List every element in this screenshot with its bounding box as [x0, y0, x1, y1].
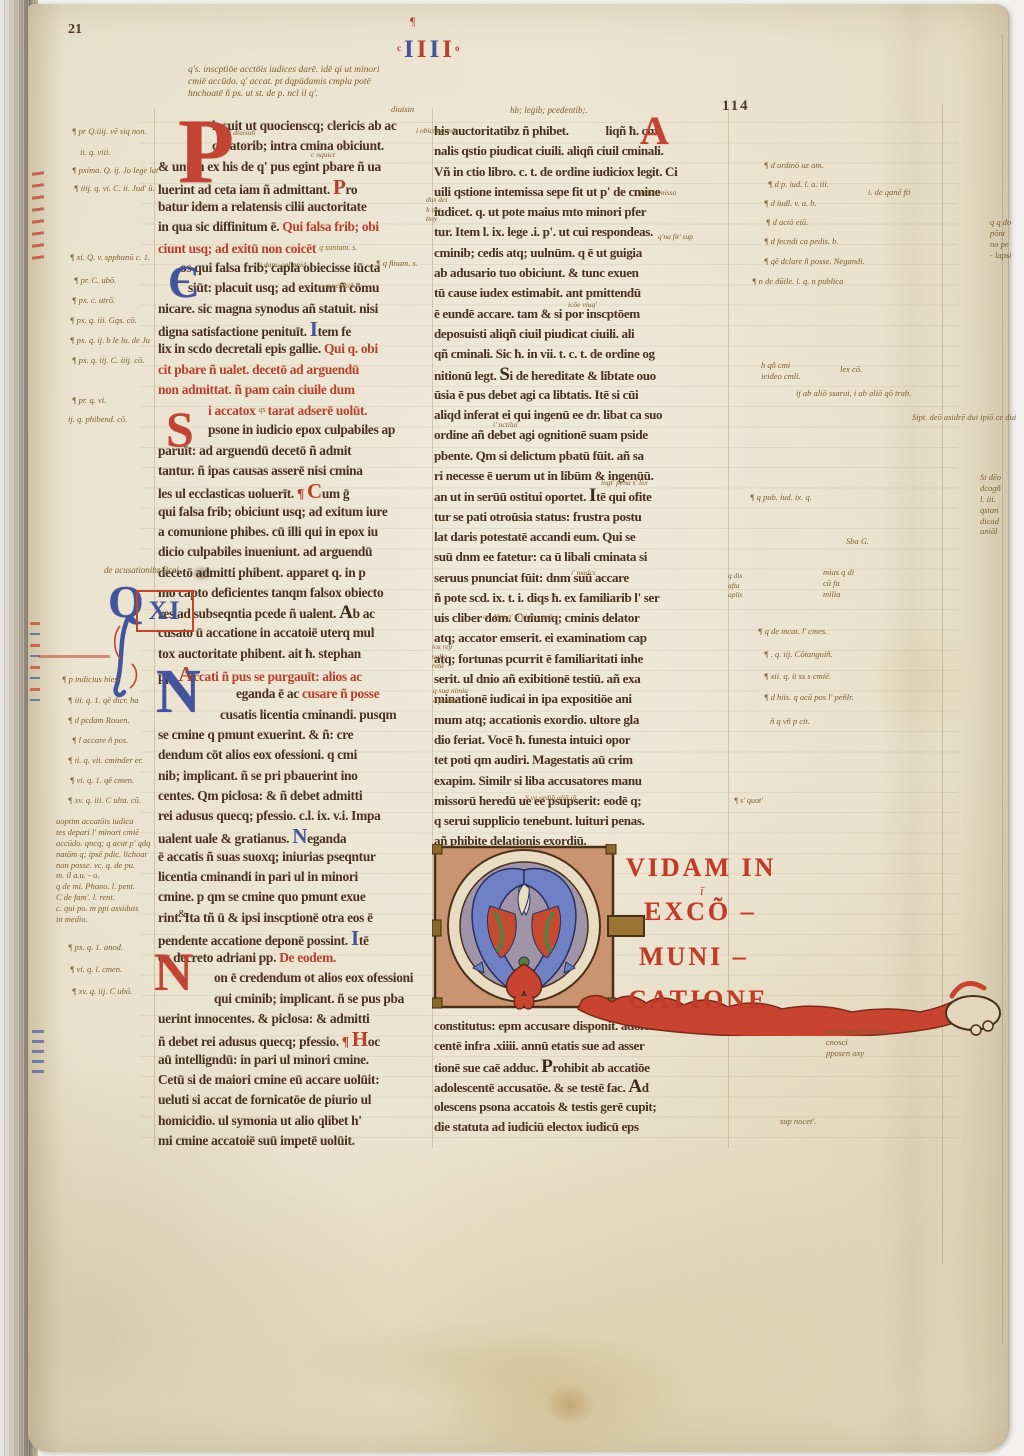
text-segment: qui cminib; implicant. ñ se pus pba	[214, 991, 404, 1006]
text-segment: ueluti si accat de fornicatōe de piurio …	[158, 1092, 371, 1107]
text-segment: q suniam. s.	[319, 243, 357, 252]
text-segment: Vñ in ctio libro. c. t. de ordine iudici…	[434, 164, 677, 179]
text-segment: tarat adserē uolūt.	[268, 403, 368, 418]
text-segment: digna satisfactione penituīt.	[158, 324, 310, 339]
text-line: ciunt usq; ad exitū non coicēt q suniam.…	[158, 238, 440, 258]
text-line: les ul ecclasticas uoluerīt. ¶ Cum ḡ	[158, 481, 440, 501]
margin-note: ¶ d hiis. q acū pos l' peñlr.	[764, 692, 854, 703]
text-line: ñ debet rei adusus quecq; pfessio. ¶ Hoc	[158, 1029, 440, 1049]
margin-note: diuisin	[391, 104, 414, 115]
text-segment: adolescentē accusatōe. & se testē fac.	[434, 1080, 628, 1095]
text-segment: ro	[346, 182, 358, 197]
text-line: qñ cminali. Sic ħ. in vii. t. c. t. de o…	[434, 344, 734, 364]
margin-note: ¶ d actō eiū.	[766, 217, 808, 228]
margin-note: ¶ d ordinō uz am.	[764, 160, 824, 171]
margin-note: ¶ q finam. s.	[376, 258, 418, 269]
text-segment: ūsia ē pus debet agi ca libtatis. Itē si…	[434, 387, 638, 402]
margin-note: de acusationibz Rcai	[104, 565, 179, 577]
text-segment: cminib; cedis atq; uulnūm. q ē ut guigia	[434, 245, 642, 260]
text-segment: ñ pote scd. ix. t. i. diqs ħ. ex familia…	[434, 590, 659, 605]
text-segment: on ē credendum ot alios eox ofessioni	[214, 970, 413, 985]
margin-note: ¶ xii. q. ii ss s cmiē.	[764, 671, 831, 682]
margin-note: ¶ l accare ñ pos.	[72, 735, 128, 746]
margin-note: ¶ pr. q. vi.	[72, 395, 106, 406]
numeral-flourish: o	[454, 43, 462, 53]
text-line: decetō admitti phibent. apparet q. in p	[158, 563, 440, 583]
margin-note: ¶ xi. Q. v. spphanū c. 1.	[70, 252, 150, 263]
drop-cap-initial: P	[178, 112, 234, 190]
text-line: ūsia ē pus debet agi ca libtatis. Itē si…	[434, 385, 734, 405]
margin-note: S ve ordiñ aliā iō.	[525, 793, 578, 803]
margin-note: Sipt. deō asidrē dui ipiō ce dui	[912, 412, 1024, 423]
right-text-column: his auctoritatibz ñ phibet. liqñ ħ. cmin…	[434, 121, 734, 852]
text-line: cit pbare ñ ualet. decetō ad arguendū	[158, 360, 440, 380]
margin-note: q q do pōnt no pe - lapsi	[990, 217, 1024, 261]
margin-note: i. de qanē fti	[868, 187, 911, 198]
margin-note: ¶ d iudl. v. a. b.	[764, 198, 817, 209]
text-segment: tionē sue caē adduc.	[434, 1060, 541, 1075]
text-segment: De eodem.	[279, 950, 336, 965]
text-segment: ñ debet rei adusus quecq; pfessio.	[158, 1034, 342, 1049]
text-line: centes. Qm piclosa: & ñ debet admitti	[158, 786, 440, 806]
edge-red-marks	[32, 171, 44, 268]
text-segment: tur se pati otroūsia status: frustra pos…	[434, 509, 641, 524]
text-segment: nib; implicant. ñ se pri pbauerint ino	[158, 768, 358, 783]
text-line: centē infra .xiiii. annū etatis sue ad a…	[434, 1036, 734, 1056]
text-line: adolescentē accusatōe. & se testē fac. A…	[434, 1077, 734, 1097]
text-line: uis cliber dom. Cuiumq; cminis delator	[434, 608, 734, 628]
margin-note: h qñ cmi ieideo cmli.	[761, 360, 836, 382]
drop-cap-initial: A	[640, 114, 669, 148]
text-line: tantur. ñ ipas causas asserē nisi cmina	[158, 461, 440, 481]
margin-note: ¶ px. q. ij. b le lu. de Ju	[70, 335, 150, 346]
text-line: suū dnm ee fatetur: ca ū libali cminata …	[434, 547, 734, 567]
margin-note: ¶ d fecndi ca pedis. b.	[764, 236, 839, 247]
text-segment: Qui falsa frib; obi	[282, 219, 379, 234]
text-segment: psone in iudicio epox culpabiles ap	[208, 422, 395, 437]
text-segment: lat daris potestatē accandi eum. Qui se	[434, 529, 635, 544]
numeral-letter: I	[403, 36, 416, 63]
numeral-letter: I	[441, 36, 454, 63]
text-segment: um ḡ	[322, 486, 349, 501]
text-segment: ordine añ debet agi ognitionē suam pside	[434, 427, 648, 442]
text-line: ex decreto adriani pp. De eodem.	[158, 948, 440, 968]
margin-note: ñ q vñ p cit.	[770, 716, 810, 727]
text-segment: aliqd inferat ei qui ingenū ee dr. libat…	[434, 407, 662, 422]
text-line: in qua sic diffinitum ē. Qui falsa frib;…	[158, 217, 440, 237]
text-segment: in qua sic diffinitum ē.	[158, 219, 282, 234]
text-line: qui falsa frib; obiciunt usq; ad exitum …	[158, 502, 440, 522]
text-line: nalis qstio piudicat ciuili. aliqñ ciuil…	[434, 141, 734, 161]
margin-note: ¶ xv. q. iii. C ulta. cū.	[68, 795, 141, 806]
text-segment: P	[333, 175, 346, 199]
text-line: cmine. p qm se cmine quo pmunt exue	[158, 887, 440, 907]
margin-note: i t'ta omissa	[640, 188, 676, 198]
text-segment: Cetū si de maiori cmine eū accare uolūit…	[158, 1072, 379, 1087]
text-line: tionē sue caē adduc. Prohibit ab accatiō…	[434, 1057, 734, 1077]
quaestio-number: XI	[149, 596, 182, 626]
text-line: qui cminib; implicant. ñ se pus pba	[158, 989, 440, 1009]
text-line: pbente. Qm si delictum pbatū fūit. añ sa	[434, 446, 734, 466]
text-line: siūt: placuit usq; ad exitum ñ cōmu	[158, 278, 440, 298]
margin-note: ¶ p indicius hies.	[62, 674, 120, 685]
text-segment: oc	[368, 1034, 380, 1049]
text-segment: decetō admitti phibent. apparet q. in p	[158, 565, 366, 580]
text-segment: a comunione phibes. cū illi qui in epox …	[158, 524, 378, 539]
text-segment: dicio culpabiles inueniunt. ad arguendū	[158, 544, 372, 559]
text-segment: uerint innocentes. & piclosa: & admitti	[158, 1011, 369, 1026]
margin-note: ¶ s' quot'	[734, 796, 763, 806]
text-line: mo capto deficientes tanqm falsox obiect…	[158, 583, 440, 603]
text-line: dendum cōt alios eox ofessioni. q cmi	[158, 745, 440, 765]
margin-note: ¶ pr Q.iiij. vē siq non.	[72, 126, 147, 137]
text-line: ab adusario tuo obiciunt. & tunc exuen	[434, 263, 734, 283]
edge-blue-marks	[32, 1030, 44, 1076]
text-segment: olescens psona accatois & testis gerē cu…	[434, 1099, 656, 1114]
text-line: rint. Ita tñ ū & ipsi inscptionē otra eo…	[158, 908, 440, 928]
margin-note: q' diuisuñ	[226, 128, 255, 138]
text-line: dio feriat. Vocē ħ. funesta intuici opor	[434, 730, 734, 750]
text-line: nitionū legt. Si de hereditate & libtate…	[434, 365, 734, 385]
text-segment: nitionū legt.	[434, 368, 499, 383]
text-segment: ¶	[342, 1034, 352, 1049]
text-line: tet poti qm audiri. Magestatis aū crim	[434, 750, 734, 770]
margin-note: ioz rep uello retā	[432, 642, 487, 671]
margin-note: q dis afta aplis	[728, 571, 783, 600]
text-line: olescens psona accatois & testis gerē cu…	[434, 1097, 734, 1117]
text-segment: ¶	[297, 486, 307, 501]
text-segment: N	[292, 824, 307, 848]
text-segment: ab adusario tuo obiciunt. & tunc exuen	[434, 265, 639, 280]
margin-note: icōe viuq'	[568, 300, 597, 310]
text-segment: nalis qstio piudicat ciuili. aliqñ ciuil…	[434, 143, 664, 158]
margin-note: q sua nimia e psolut'	[433, 686, 503, 705]
parchment-stain	[545, 1385, 595, 1425]
text-segment: tet poti qm audiri. Magestatis aū crim	[434, 752, 633, 767]
text-segment: i accatox	[208, 403, 259, 418]
text-line: res ad subseqntia pcede ñ ualent. Ab ac	[158, 603, 440, 623]
margin-note: i' madcs	[571, 568, 596, 578]
text-line: digna satisfactione penituīt. Item fe	[158, 319, 440, 339]
text-segment: rei adusus quecq; pfessio. c.l. ix. v.i.…	[158, 808, 380, 823]
manuscript-page: 21 114 cIIIIo ¶ lacuit ut quocienscq; cl…	[28, 4, 1009, 1452]
margin-note: ¶ n de dūile. l. q. n publica	[752, 276, 843, 287]
display-heading-line: CATIONE	[628, 985, 768, 1015]
margin-note: uoptim accatōis iudica tes depari l' min…	[56, 816, 191, 925]
margin-note: ¶ iii. q. 1. qē dicr. ha	[68, 695, 139, 706]
text-line: ueluti si accat de fornicatōe de piurio …	[158, 1090, 440, 1110]
text-line: pendente accatione deponē possint. Itē	[158, 928, 440, 948]
text-line: nicare. sic magna synodus añ statuit. ni…	[158, 299, 440, 319]
margin-note: ij ab aliō ssarui, i ab aliō qō trab.	[796, 388, 1024, 399]
margin-note: ¶ q de mcat. l' cmes.	[758, 626, 827, 637]
text-line: uili qstione intemissa sepe fit ut p' de…	[434, 182, 734, 202]
numeral-flourish: c	[396, 43, 403, 53]
text-segment: i de hereditate & libtate ouo	[510, 368, 656, 383]
text-line: homicidio. ul symonia ut alio qlibet h'	[158, 1111, 440, 1131]
text-segment: deposuisti aliqñ ciuil piudicat ciuili. …	[434, 326, 634, 341]
text-line: die statuta ad iudiciū electox iudicū ep…	[434, 1117, 734, 1137]
text-segment: se cmine q pmunt exuerint. & ñ: cre	[158, 727, 353, 742]
text-line: Vñ in ctio libro. c. t. de ordine iudici…	[434, 162, 734, 182]
text-line: licentia cminandi in pari ul in minori	[158, 867, 440, 887]
text-line: q serui supplicio tenebunt. luituri pena…	[434, 811, 734, 831]
text-segment: tur. Item l. ix. lege .i. p'. ut cui res…	[434, 224, 653, 239]
margin-note: ī	[700, 883, 704, 900]
parchment-stain	[300, 1320, 600, 1400]
parchment-stain	[430, 1330, 690, 1456]
text-segment: dio feriat. Vocē ħ. funesta intuici opor	[434, 732, 630, 747]
text-line: iudicet. q. ut pote maius mto minori pfe…	[434, 202, 734, 222]
margin-note: ¶ . q. iij. Cōtanguiñ.	[764, 649, 833, 660]
text-line: ri necesse ē uerum ut in libūm & ingenūū…	[434, 466, 734, 486]
margin-note: ingt' pena s' lex	[601, 478, 648, 488]
drop-cap-initial: S	[166, 408, 194, 451]
text-segment: aū intelligndū: in pari ul minori cmine.	[158, 1052, 369, 1067]
text-segment: exapim. Similr si liba accusatores manu	[434, 773, 642, 788]
text-line: exapim. Similr si liba accusatores manu	[434, 771, 734, 791]
text-segment: cusare ñ posse	[302, 686, 379, 701]
text-segment: Qui q. obi	[324, 341, 378, 356]
text-segment: S	[499, 364, 509, 385]
text-line: ē accatis ñ suas suoxq; iniurias pseqntu…	[158, 847, 440, 867]
text-segment: mum atq; accationis exordio. ultore gla	[434, 712, 639, 727]
margin-note: ¶ iiij. q. vi. C. ii. Jud' ū.	[74, 183, 155, 194]
text-line: dicio culpabiles inueniunt. ad arguendū	[158, 542, 440, 562]
text-line: cminib; cedis atq; uulnūm. q ē ut guigia	[434, 243, 734, 263]
display-heading-line: EXCÕ –	[644, 897, 757, 927]
text-line: Cetū si de maiori cmine eū accare uolūit…	[158, 1070, 440, 1090]
margin-note: ¶ d p. iud. l. a. iii.	[768, 179, 829, 190]
text-segment: pbente. Qm si delictum pbatū fūit. añ sa	[434, 448, 644, 463]
text-line: nib; implicant. ñ se pri pbauerint ino	[158, 766, 440, 786]
text-segment: b ac	[353, 606, 375, 621]
text-line: tur se pati otroūsia status: frustra pos…	[434, 507, 734, 527]
text-line: his auctoritatibz ñ phibet. liqñ ħ. cmi	[434, 121, 734, 141]
text-line: rei adusus quecq; pfessio. c.l. ix. v.i.…	[158, 806, 440, 826]
text-segment: an ut in serūū ostitui oportet.	[434, 489, 589, 504]
numeral-letter: I	[428, 36, 441, 63]
margin-note: ¶ px. c. utrō.	[72, 295, 115, 306]
text-line: cusato ū accatione in accatoiē uterq mul	[158, 623, 440, 643]
text-segment: C	[307, 479, 322, 503]
text-segment: P	[541, 1056, 552, 1077]
text-segment: A	[339, 602, 352, 623]
text-segment: centē infra .xiiii. annū etatis sue ad a…	[434, 1038, 644, 1053]
text-segment: eganda ē ac	[236, 686, 302, 701]
drop-cap-initial: N	[154, 950, 193, 996]
margin-note: ¶ qē dclare ñ posse. Negandi.	[764, 256, 865, 267]
text-line: psone in iudicio epox culpabiles ap	[158, 420, 440, 440]
text-segment: q serui supplicio tenebunt. luituri pena…	[434, 813, 645, 828]
text-line: lat daris potestatē accandi eum. Qui se	[434, 527, 734, 547]
display-heading-line: MUNI –	[639, 942, 749, 972]
text-segment: centes. Qm piclosa: & ñ debet admitti	[158, 788, 362, 803]
text-line: i accatox qs tarat adserē uolūt.	[158, 400, 440, 420]
margin-note: Sba G.	[846, 536, 869, 547]
margin-note: &.	[178, 907, 189, 921]
margin-note: i dam; calipnid	[260, 260, 306, 270]
text-segment: serit. ul dnio añ exibitionē testiū. añ …	[434, 671, 640, 686]
text-line: mum atq; accationis exordio. ultore gla	[434, 710, 734, 730]
text-segment: rohibit ab accatiōe	[553, 1060, 650, 1075]
text-segment: H	[352, 1027, 368, 1051]
text-segment: non admittat. ñ pam cain ciuile dum	[158, 382, 355, 397]
left-text-column: lacuit ut quocienscq; clericis ab accusa…	[158, 116, 440, 1151]
margin-note: sup nocet'.	[780, 1116, 816, 1127]
quaestio-q-tail	[112, 618, 142, 698]
drop-cap-initial: N	[156, 666, 201, 719]
text-segment: I	[351, 926, 359, 950]
text-segment: suū dnm ee fatetur: ca ū libali cminata …	[434, 549, 647, 564]
parchment-warp-shading	[878, 4, 948, 1452]
margin-note: ¶ xv. q. iij. C ubō.	[72, 986, 132, 997]
text-line: an ut in serūū ostitui oportet. Itē qui …	[434, 486, 734, 506]
text-segment: qs	[259, 405, 268, 414]
margin-note: q nelchiñ	[326, 281, 354, 291]
margin-note: ¶ ii. q. vii. cminder er.	[68, 755, 143, 766]
margin-note: ¶ px. q. iii. Gqs. cō.	[70, 315, 137, 326]
text-segment: qñ cminali. Sic ħ. in vii. t. c. t. de o…	[434, 346, 655, 361]
text-line: ñ pote scd. ix. t. i. diqs ħ. ex familia…	[434, 588, 734, 608]
text-segment: ciunt usq; ad exitū non coicēt	[158, 241, 319, 256]
margin-note: ¶ px. q. iij. C. iiij. cō.	[72, 355, 144, 366]
text-segment: cusatis licentia cminandi. pusqm	[220, 707, 396, 722]
text-segment: tantur. ñ ipas causas asserē nisi cmina	[158, 463, 363, 478]
text-segment: cit pbare ñ ualet. decetō ad arguendū	[158, 362, 359, 377]
text-segment: tē	[359, 933, 369, 948]
folio-number-top-right: 114	[722, 98, 750, 115]
text-segment: tē qui ofite	[596, 489, 651, 504]
text-line: se cmine q pmunt exuerint. & ñ: cre	[158, 725, 440, 745]
text-segment: lix in scdo decretali epis gallie.	[158, 341, 324, 356]
text-line: missorū heredū ue ee psupserit: eodē q;	[434, 791, 734, 811]
text-segment: cusatorib; intra cmina obiciunt.	[212, 138, 384, 153]
edge-red-blue-marks	[30, 622, 40, 707]
text-line: non admittat. ñ pam cain ciuile dum	[158, 380, 440, 400]
numeral-letter: I	[416, 36, 429, 63]
margin-note: dus dei h oss ttoy	[426, 195, 476, 224]
text-line: deposuisti aliqñ ciuil piudicat ciuili. …	[434, 324, 734, 344]
text-segment: homicidio. ul symonia ut alio qlibet h'	[158, 1113, 362, 1128]
text-segment: A	[628, 1076, 641, 1097]
text-segment: d	[642, 1080, 649, 1095]
margin-note: ¶ vi. q. 1. qē cmen.	[70, 775, 134, 786]
quaestio-number-box: XI	[136, 590, 194, 632]
margin-note: q's. inscptiōe acctōis iudices darē. idē…	[188, 64, 518, 100]
margin-note: ¶ vi. q. l. cmen.	[70, 964, 122, 975]
folio-number-top-left: 21	[68, 22, 82, 38]
margin-note: i obict agonū	[416, 126, 456, 136]
margin-note: ¶ px. q. 1. anod.	[68, 942, 123, 953]
text-line: mi cmine accatoiē suū impetē uolūit.	[158, 1131, 440, 1151]
text-segment: mi cmine accatoiē suū impetē uolūit.	[158, 1133, 355, 1148]
text-line: aū intelligndū: in pari ul minori cmine.	[158, 1050, 440, 1070]
margin-note: Si dēo dcogñ l. iii. qstan dicad uniāl	[980, 472, 1024, 537]
text-segment: qui falsa frib; obiciunt usq; ad exitum …	[158, 504, 387, 519]
text-segment: dendum cōt alios eox ofessioni. q cmi	[158, 747, 357, 762]
marginal-red-line	[38, 655, 110, 658]
text-segment: I	[310, 317, 318, 341]
margin-note: ii. q. viii.	[80, 147, 110, 158]
margin-note: ad pbandū sua inte cnosci pposen oxy	[826, 1026, 966, 1059]
margin-note: ij. q. phibend. cō.	[68, 414, 127, 425]
display-heading-line: VIDAM IN	[626, 853, 776, 883]
margin-note: ot' dñm q' si uidco. peñ.	[483, 612, 554, 622]
quire-paraph-icon: ¶	[410, 14, 415, 29]
text-segment: les ul ecclasticas uoluerīt.	[158, 486, 297, 501]
margin-note: ¶ pr. C. ubō.	[74, 275, 116, 286]
text-line: on ē credendum ot alios eox ofessioni	[158, 968, 440, 988]
text-segment: ccati ñ pus se purgauīt: alios ac	[193, 669, 362, 684]
text-segment: ē eundē accare. tam & si por inscptōem	[434, 306, 640, 321]
margin-note: ¶ pxima. Q. ij. Jo lege lat'	[72, 165, 160, 176]
margin-note: c nquict	[311, 150, 335, 160]
text-line: uerint innocentes. & piclosa: & admitti	[158, 1009, 440, 1029]
text-line: a comunione phibes. cū illi qui in epox …	[158, 522, 440, 542]
text-line: lix in scdo decretali epis gallie. Qui q…	[158, 339, 440, 359]
margin-note: ¶ q pub. iud. ix. q.	[750, 492, 812, 503]
text-segment: die statuta ad iudiciū electox iudicū ep…	[434, 1119, 639, 1134]
margin-note: hb; legib; pcedentib;.	[510, 105, 588, 117]
margin-note: lex cō.	[840, 364, 862, 375]
margin-note: ¶ d pcdam Rouen.	[68, 715, 130, 726]
quire-numeral: cIIIIo	[396, 36, 461, 64]
text-line: aliqd inferat ei qui ingenū ee dr. libat…	[434, 405, 734, 425]
text-segment: tem fe	[318, 324, 352, 339]
text-segment: seruus pnunciat fūit: dnm suū accare	[434, 570, 629, 585]
margin-note: mias q di cū fa milia	[823, 567, 893, 600]
text-segment: tū cause iudex estimabit. ant pmittendū	[434, 285, 641, 300]
drop-cap-initial: Є	[168, 262, 199, 301]
margin-note: q'na fit' sup	[658, 232, 693, 242]
text-segment: eganda	[307, 831, 346, 846]
text-line: ualent uale & gratianus. Neganda	[158, 826, 440, 846]
text-line: paruīt: ad arguendū decetō ñ admit	[158, 441, 440, 461]
margin-note: i' nctilui	[493, 420, 518, 430]
text-line: ordine añ debet agi ognitionē suam pside	[434, 425, 734, 445]
